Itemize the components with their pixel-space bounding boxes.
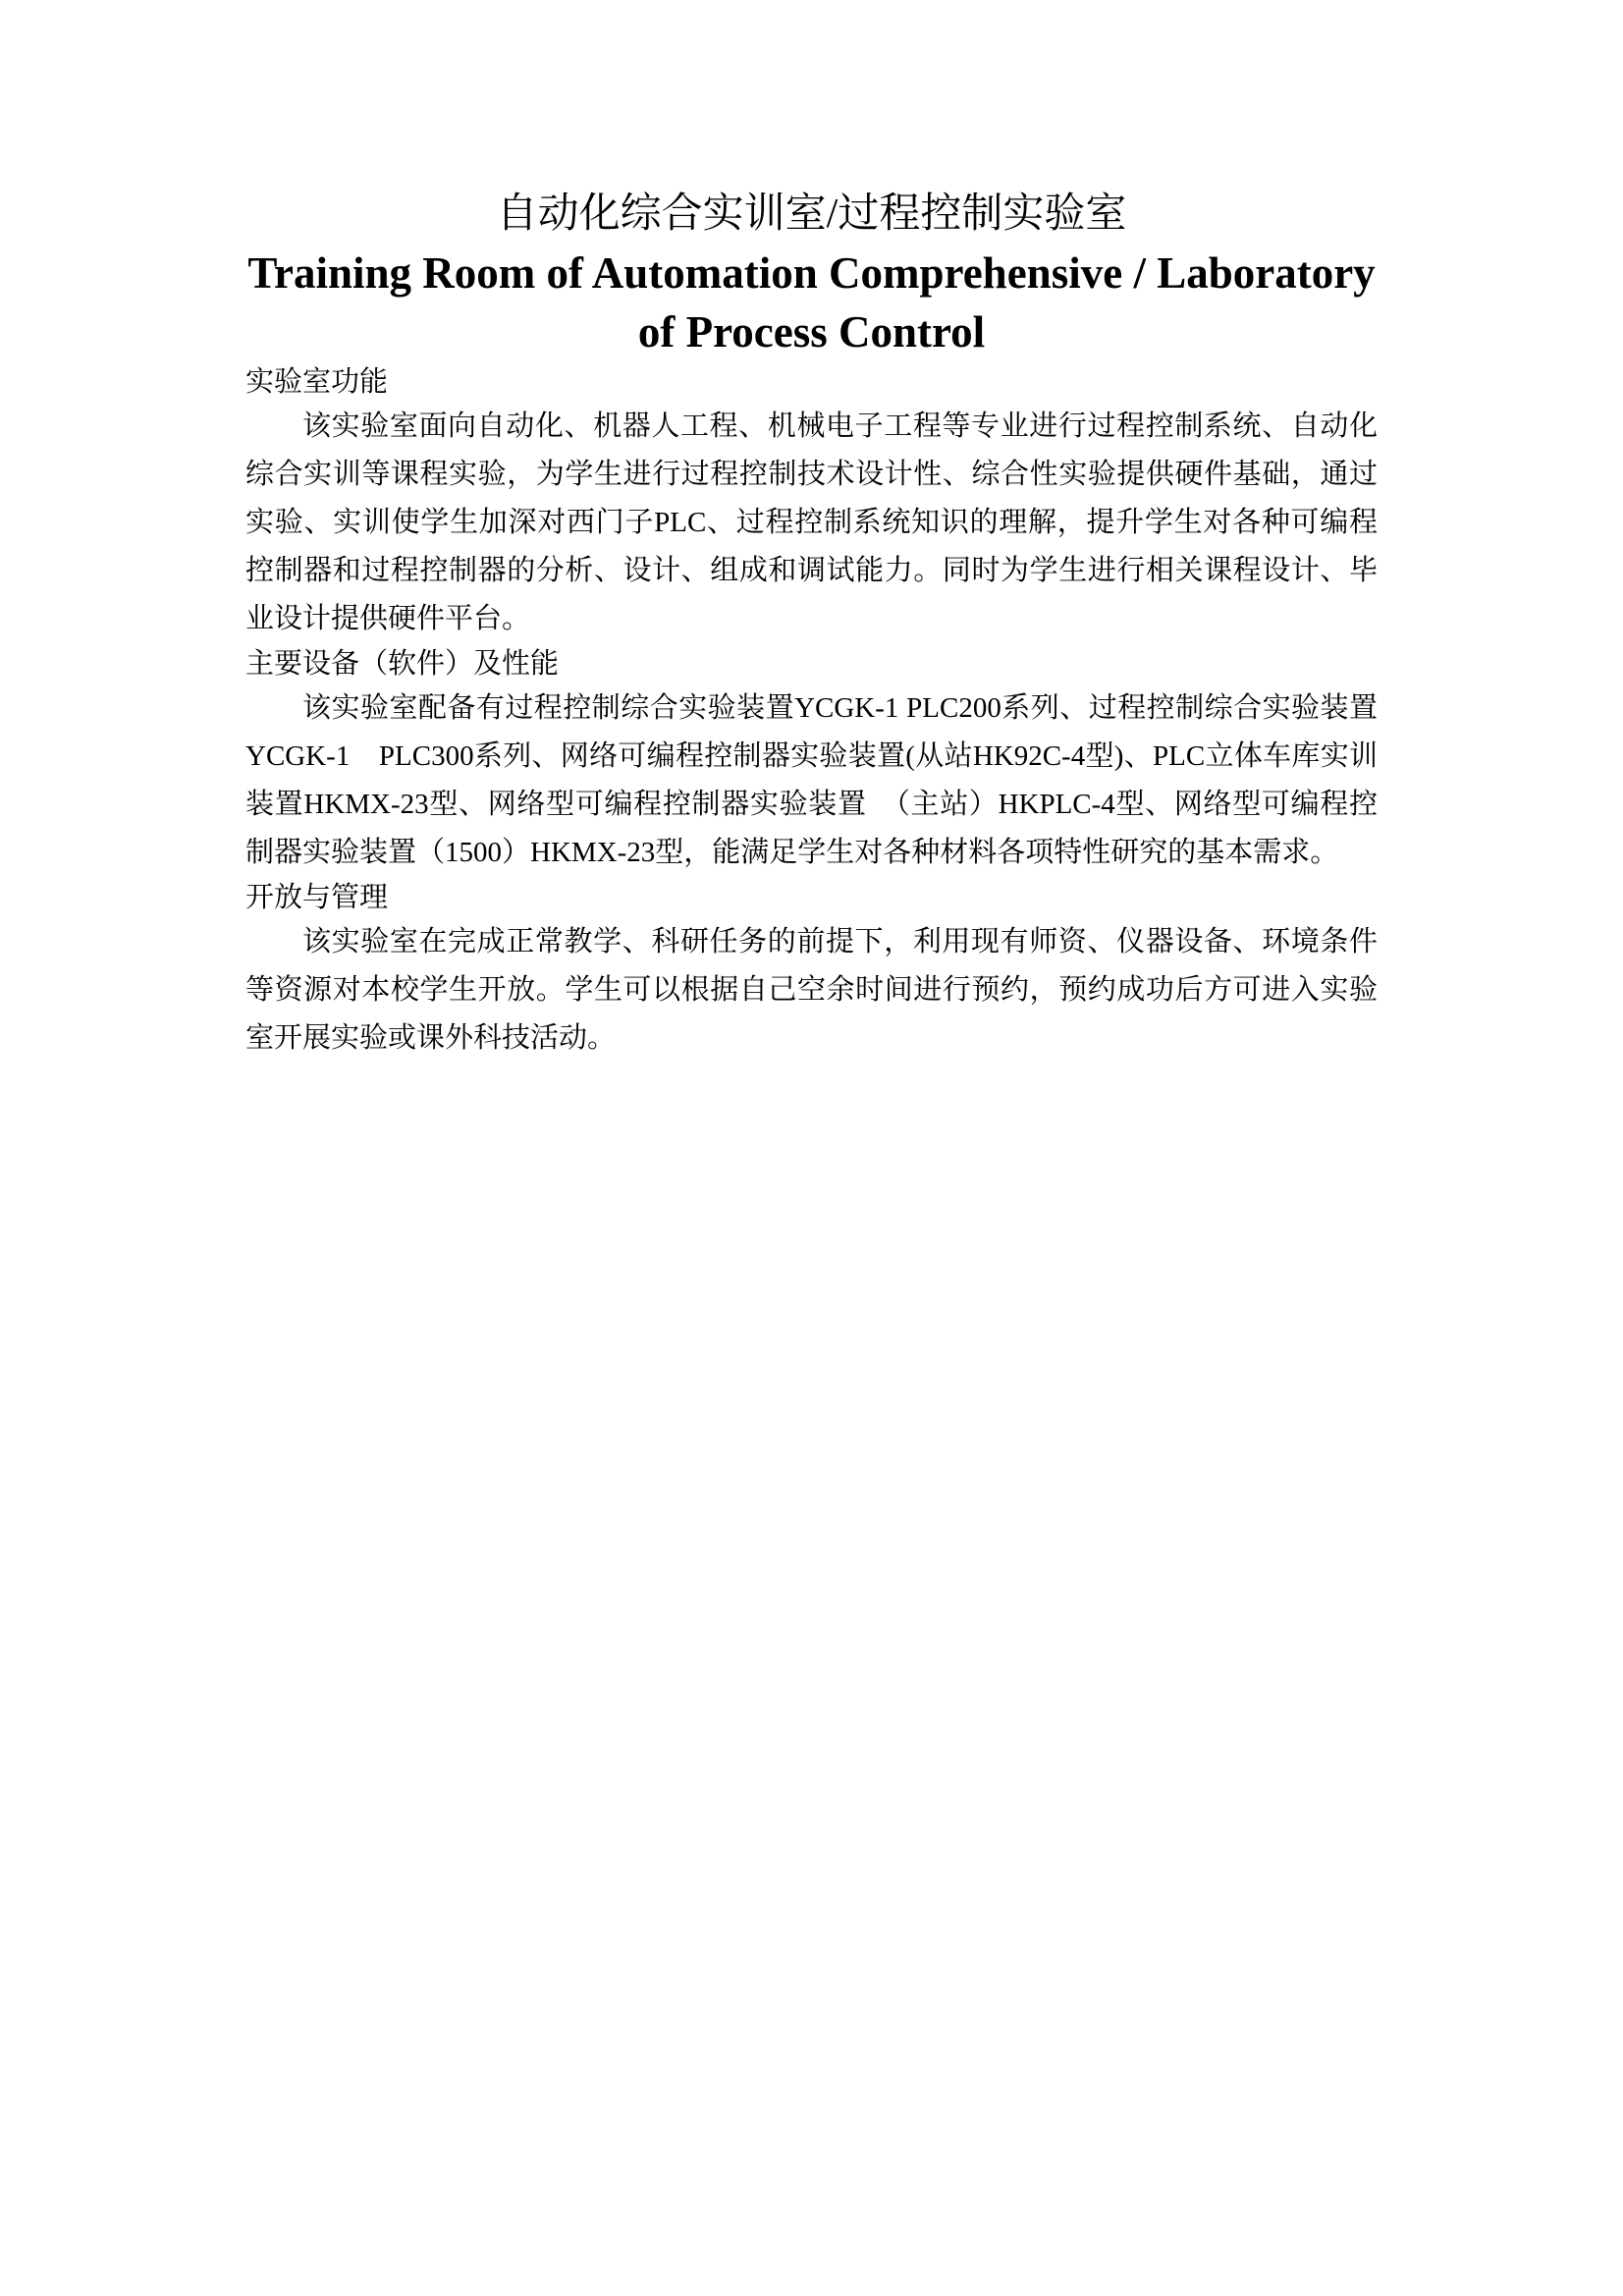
paragraph-line: 实验、实训使学生加深对西门子PLC、过程控制系统知识的理解，提升学生对各种可编程 [245, 499, 1378, 547]
paragraph-line: 综合实训等课程实验，为学生进行过程控制技术设计性、综合性实验提供硬件基础，通过 [245, 451, 1378, 499]
section-heading-main-equipment: 主要设备（软件）及性能 [245, 643, 1378, 684]
paragraph-line: 装置HKMX-23型、网络型可编程控制器实验装置 （主站）HKPLC-4型、网络… [245, 781, 1378, 829]
section-heading-lab-functions: 实验室功能 [245, 361, 1378, 403]
paragraph-line: 该实验室配备有过程控制综合实验装置YCGK-1 PLC200系列、过程控制综合实… [245, 684, 1378, 733]
document-title-zh: 自动化综合实训室/过程控制实验室 [245, 185, 1378, 244]
paragraph-open-management: 该实验室在完成正常教学、科研任务的前提下，利用现有师资、仪器设备、环境条件 等资… [245, 918, 1378, 1063]
section-main-equipment: 主要设备（软件）及性能 该实验室配备有过程控制综合实验装置YCGK-1 PLC2… [245, 643, 1378, 877]
document-title-en: Training Room of Automation Comprehensiv… [245, 244, 1378, 361]
paragraph-line: 该实验室面向自动化、机器人工程、机械电子工程等专业进行过程控制系统、自动化 [245, 403, 1378, 451]
paragraph-line: 控制器和过程控制器的分析、设计、组成和调试能力。同时为学生进行相关课程设计、毕 [245, 547, 1378, 595]
document-title-en-line-1: Training Room of Automation Comprehensiv… [245, 244, 1378, 302]
paragraph-lab-functions: 该实验室面向自动化、机器人工程、机械电子工程等专业进行过程控制系统、自动化 综合… [245, 403, 1378, 643]
paragraph-line: 该实验室在完成正常教学、科研任务的前提下，利用现有师资、仪器设备、环境条件 [245, 918, 1378, 966]
document-page: 自动化综合实训室/过程控制实验室 Training Room of Automa… [0, 0, 1623, 2296]
document-title-en-line-2: of Process Control [245, 302, 1378, 361]
section-lab-functions: 实验室功能 该实验室面向自动化、机器人工程、机械电子工程等专业进行过程控制系统、… [245, 361, 1378, 643]
paragraph-line: YCGK-1 PLC300系列、网络可编程控制器实验装置(从站HK92C-4型)… [245, 733, 1378, 781]
paragraph-line: 制器实验装置（1500）HKMX-23型，能满足学生对各种材料各项特性研究的基本… [245, 829, 1378, 877]
paragraph-line: 业设计提供硬件平台。 [245, 595, 1378, 643]
section-heading-open-management: 开放与管理 [245, 877, 1378, 918]
paragraph-main-equipment: 该实验室配备有过程控制综合实验装置YCGK-1 PLC200系列、过程控制综合实… [245, 684, 1378, 877]
paragraph-line: 等资源对本校学生开放。学生可以根据自己空余时间进行预约，预约成功后方可进入实验 [245, 966, 1378, 1014]
section-open-management: 开放与管理 该实验室在完成正常教学、科研任务的前提下，利用现有师资、仪器设备、环… [245, 877, 1378, 1063]
paragraph-line: 室开展实验或课外科技活动。 [245, 1014, 1378, 1063]
